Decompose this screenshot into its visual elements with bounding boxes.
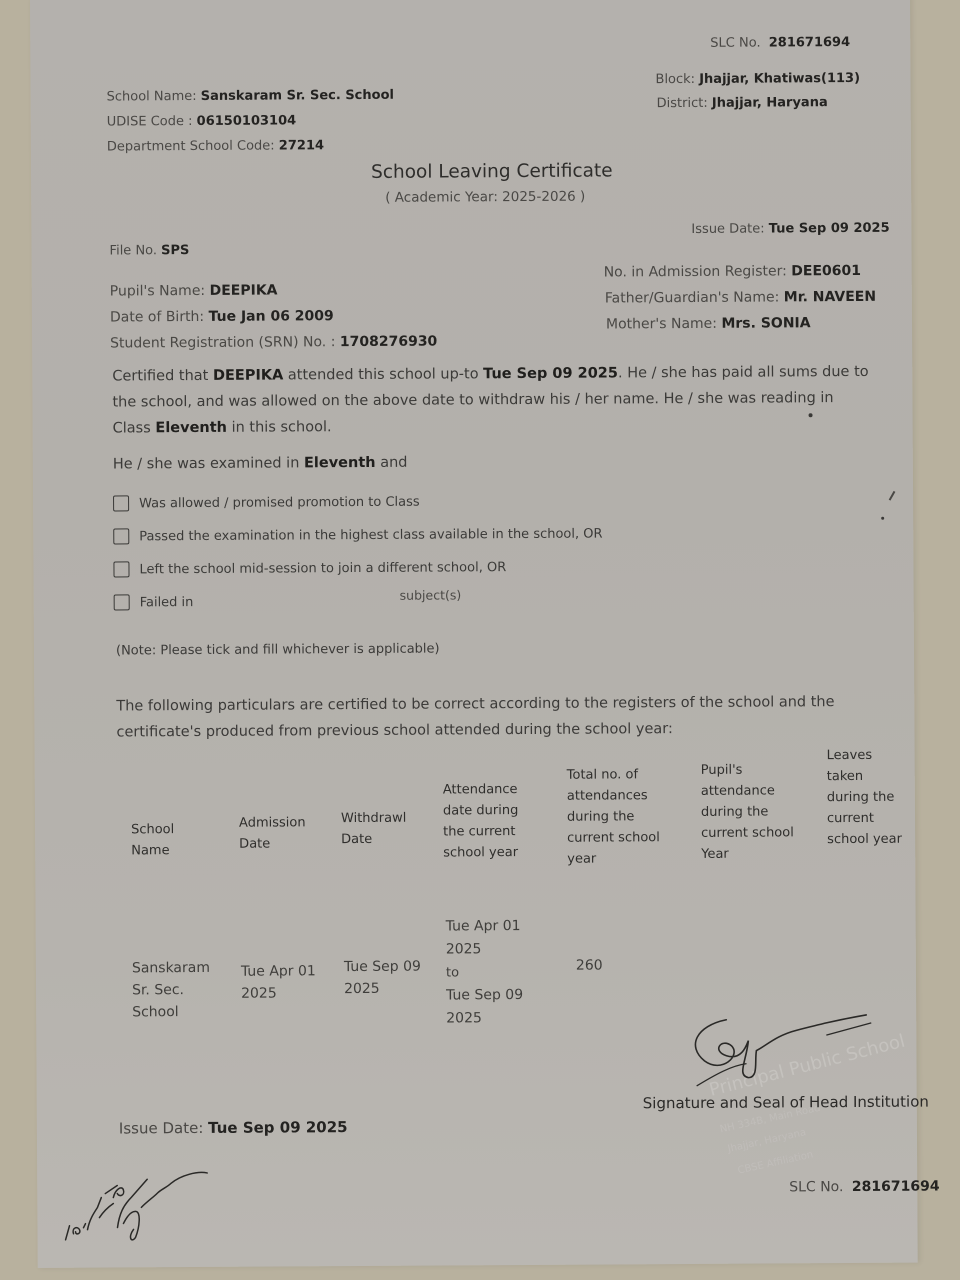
particulars-paragraph: The following particulars are certified … <box>116 689 846 745</box>
cell-school-name: Sanskaram Sr. Sec. School <box>132 957 212 1023</box>
cell-admission-date: Tue Apr 01 2025 <box>241 960 331 1005</box>
checkbox[interactable] <box>113 495 129 511</box>
cell-total-attendances: 260 <box>576 955 603 977</box>
academic-year: ( Academic Year: 2025-2026 ) <box>385 189 585 206</box>
signature-caption: Signature and Seal of Head Institution <box>643 1093 929 1113</box>
col-header-leaves-taken: Leaves taken during the current school y… <box>827 745 908 850</box>
col-header-attendance-date: Attendance date during the current schoo… <box>443 779 536 864</box>
school-name-field: School Name: Sanskaram Sr. Sec. School <box>107 88 394 105</box>
option-promoted[interactable]: Was allowed / promised promotion to Clas… <box>113 494 420 512</box>
department-code-field: Department School Code: 27214 <box>107 138 324 154</box>
certificate-title: School Leaving Certificate <box>371 160 613 182</box>
father-name-field: Father/Guardian's Name: Mr. NAVEEN <box>605 289 876 307</box>
checkbox[interactable] <box>114 594 130 610</box>
date-of-birth-field: Date of Birth: Tue Jan 06 2009 <box>110 308 334 325</box>
block-field: Block: Jhajjar, Khatiwas(113) <box>655 71 860 87</box>
udise-code-field: UDISE Code : 06150103104 <box>107 113 296 129</box>
col-header-total-attendances: Total no. of attendances during the curr… <box>567 764 678 870</box>
pupil-name-field: Pupil's Name: DEEPIKA <box>110 282 278 299</box>
ink-speck <box>809 413 813 417</box>
col-header-pupil-attendance: Pupil's attendance during the current sc… <box>701 759 812 865</box>
checkbox[interactable] <box>113 561 129 577</box>
cell-withdrawal-date: Tue Sep 09 2025 <box>344 956 434 1001</box>
district-field: District: Jhajjar, Haryana <box>657 95 828 111</box>
certificate-page: SLC No. 281671694 Block: Jhajjar, Khatiw… <box>30 0 918 1268</box>
slc-number-top: SLC No. 281671694 <box>710 35 850 51</box>
ink-speck <box>881 517 884 520</box>
ink-speck <box>889 491 896 501</box>
file-number: File No. SPS <box>109 243 189 258</box>
cell-attendance-range: Tue Apr 01 2025 to Tue Sep 09 2025 <box>446 915 531 1031</box>
issue-date-bottom: Issue Date: Tue Sep 09 2025 <box>119 1118 348 1137</box>
handwritten-certified-note <box>57 1167 218 1258</box>
option-passed-highest[interactable]: Passed the examination in the highest cl… <box>113 526 602 545</box>
note-text: (Note: Please tick and fill whichever is… <box>116 642 440 659</box>
certification-paragraph: Certified that DEEPIKA attended this sch… <box>112 359 872 442</box>
mother-name-field: Mother's Name: Mrs. SONIA <box>606 315 811 332</box>
col-header-withdrawal-date: Withdrawl Date <box>341 808 431 851</box>
failed-subjects-suffix: subject(s) <box>400 587 462 602</box>
col-header-school-name: School Name <box>131 819 211 861</box>
head-signature <box>686 1005 887 1096</box>
srn-field: Student Registration (SRN) No. : 1708276… <box>110 334 437 352</box>
option-left-mid-session[interactable]: Left the school mid-session to join a di… <box>113 559 506 577</box>
slc-number-bottom: SLC No. 281671694 <box>789 1178 939 1195</box>
issue-date-top: Issue Date: Tue Sep 09 2025 <box>691 221 889 237</box>
checkbox[interactable] <box>113 528 129 544</box>
col-header-admission-date: Admission Date <box>239 812 329 855</box>
admission-register-field: No. in Admission Register: DEE0601 <box>604 263 861 281</box>
option-failed[interactable]: Failed in <box>114 594 194 610</box>
examined-statement: He / she was examined in Eleventh and <box>113 447 873 478</box>
